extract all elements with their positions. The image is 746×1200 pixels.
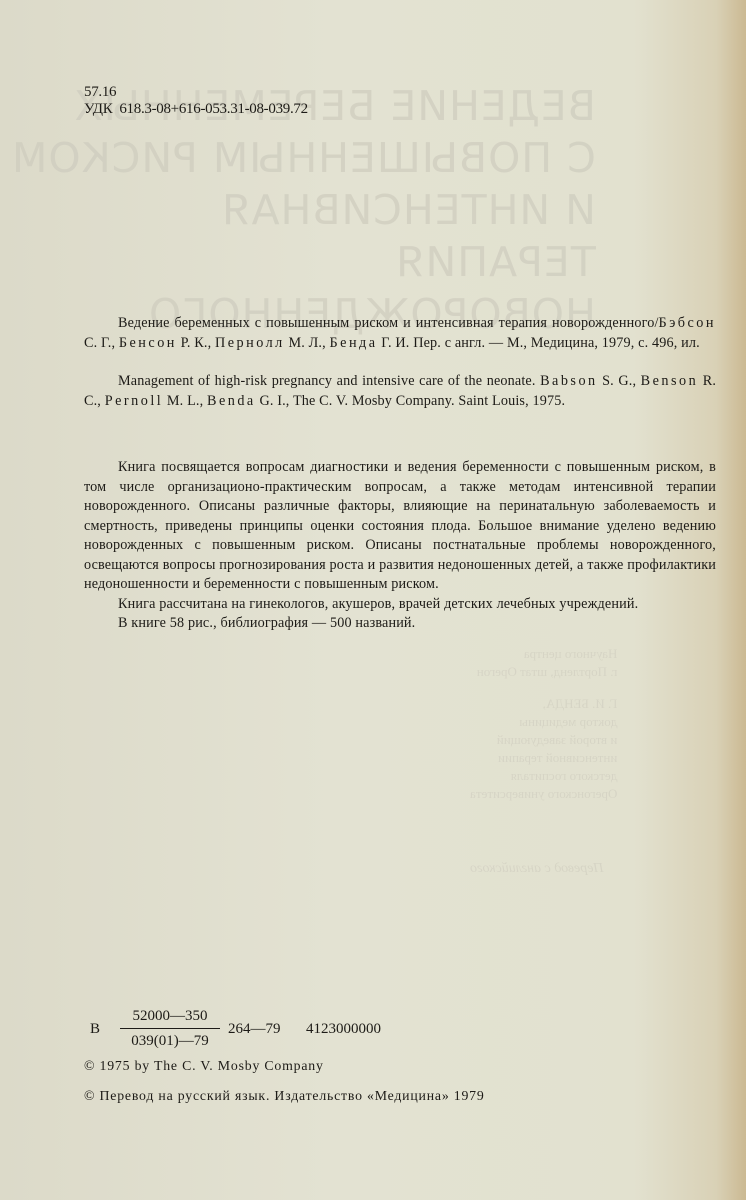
bleed-through-authors: Научного центра г. Портленд, штат Орегон… (470, 645, 617, 803)
bleed-line: интенсивной терапии (470, 749, 617, 767)
author-name: Pernoll (105, 393, 163, 409)
imprint-serial: 4123000000 (306, 1021, 381, 1038)
author-name: Бенда (330, 335, 378, 351)
imprint-code: 264—79 (228, 1021, 281, 1038)
classification-codes: 57.16 УДК 618.3-08+616-053.31-08-039.72 (84, 84, 308, 118)
imprint-letter: В (90, 1021, 100, 1038)
bleed-line: И ИНТЕНСИВНАЯ (11, 184, 596, 236)
bibliographic-record-en: Management of high-risk pregnancy and in… (84, 372, 716, 411)
bleed-line: г. Портленд, штат Орегон (470, 663, 617, 681)
bleed-line: Научного центра (470, 645, 617, 663)
ru-title: Ведение беременных с повышенным риском и… (118, 315, 659, 331)
ru-imprint: Пер. с англ. — М., Медицина, 1979, с. 49… (413, 335, 700, 351)
author-name: Пернолл (215, 335, 285, 351)
annotation-paragraph: В книге 58 рис., библиография — 500 назв… (84, 614, 716, 634)
bleed-line: детского госпиталя (470, 767, 617, 785)
author-name: Бэбсон (659, 315, 716, 331)
author-initials: M. L., (167, 393, 203, 409)
fraction-denominator: 039(01)—79 (120, 1029, 220, 1051)
annotation: Книга посвящается вопросам диагностики и… (84, 458, 716, 634)
author-initials: Г. И. (381, 335, 409, 351)
bleed-line: С ПОВЫШЕННЫМ РИСКОМ (11, 132, 596, 184)
copyright-original: © 1975 by The C. V. Mosby Company (84, 1058, 324, 1074)
book-page: ВЕДЕНИЕ БЕРЕМЕННЫХ С ПОВЫШЕННЫМ РИСКОМ И… (0, 0, 746, 1200)
author-initials: S. G., (602, 373, 636, 389)
fraction-numerator: 52000—350 (120, 1006, 220, 1029)
bleed-line: Г. И. БЕНДА, (470, 695, 617, 713)
author-initials: G. I., (259, 393, 289, 409)
udc-code: УДК 618.3-08+616-053.31-08-039.72 (84, 101, 308, 118)
bleed-line: доктор медицины (470, 713, 617, 731)
annotation-paragraph: Книга рассчитана на гинекологов, акушеро… (84, 595, 716, 615)
bleed-line: ТЕРАПИЯ (11, 236, 596, 288)
annotation-paragraph: Книга посвящается вопросам диагностики и… (84, 458, 716, 595)
author-name: Benson (641, 373, 699, 389)
copyright-translation: © Перевод на русский язык. Издательство … (84, 1088, 485, 1104)
author-name: Benda (207, 393, 256, 409)
author-name: Babson (540, 373, 598, 389)
bbk-code: 57.16 (84, 84, 308, 101)
en-imprint: The C. V. Mosby Company. Saint Louis, 19… (293, 393, 565, 409)
author-name: Бенсон (119, 335, 177, 351)
author-initials: Р. К., (181, 335, 212, 351)
author-initials: С. Г., (84, 335, 115, 351)
bleed-through-translator: Перевод с английского (470, 860, 604, 878)
bibliographic-record-ru: Ведение беременных с повышенным риском и… (84, 314, 716, 353)
bleed-through-title: ВЕДЕНИЕ БЕРЕМЕННЫХ С ПОВЫШЕННЫМ РИСКОМ И… (11, 80, 596, 340)
en-title: Management of high-risk pregnancy and in… (118, 373, 536, 389)
bleed-line: Орегонского университета (470, 785, 617, 803)
author-initials: М. Л., (288, 335, 325, 351)
imprint-fraction: 52000—350 039(01)—79 (120, 1006, 220, 1051)
bleed-line: и второй заведующий (470, 731, 617, 749)
